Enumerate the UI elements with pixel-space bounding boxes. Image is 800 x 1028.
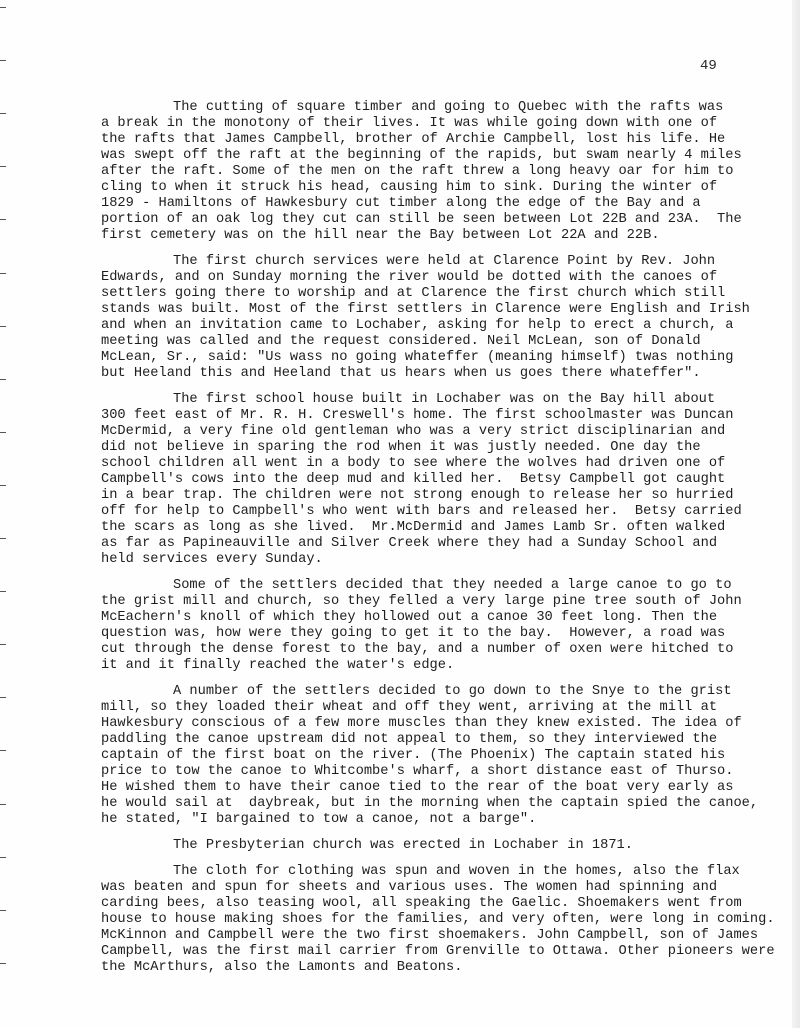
text-line: Some of the settlers decided that they n… <box>101 578 761 594</box>
page-number: 49 <box>700 58 717 74</box>
text-line: cling to when it struck his head, causin… <box>101 180 761 196</box>
text-line: McDermid, a very fine old gentleman who … <box>101 424 761 440</box>
text-line: he would sail at daybreak, but in the mo… <box>101 796 761 812</box>
text-line: first cemetery was on the hill near the … <box>101 228 761 244</box>
text-line: question was, how were they going to get… <box>101 626 761 642</box>
text-line: He wished them to have their canoe tied … <box>101 780 761 796</box>
margin-tick-mark <box>0 273 6 274</box>
margin-tick-mark <box>0 7 6 8</box>
text-line: 300 feet east of Mr. R. H. Creswell's ho… <box>101 408 761 424</box>
text-line: settlers going there to worship and at C… <box>101 286 761 302</box>
text-line: but Heeland this and Heeland that us hea… <box>101 366 761 382</box>
margin-tick-mark <box>0 485 6 486</box>
text-line: The cloth for clothing was spun and wove… <box>101 864 761 880</box>
text-line: house to house making shoes for the fami… <box>101 912 761 928</box>
text-line: captain of the first boat on the river. … <box>101 748 761 764</box>
paragraph: The cutting of square timber and going t… <box>101 100 761 244</box>
text-line: the rafts that James Campbell, brother o… <box>101 132 761 148</box>
text-line: price to tow the canoe to Whitcombe's wh… <box>101 764 761 780</box>
paragraph: Some of the settlers decided that they n… <box>101 578 761 674</box>
margin-tick-mark <box>0 60 6 61</box>
margin-tick-mark <box>0 166 6 167</box>
text-line: in a bear trap. The children were not st… <box>101 488 761 504</box>
text-line: was swept off the raft at the beginning … <box>101 148 761 164</box>
margin-tick-mark <box>0 644 6 645</box>
text-line: he stated, "I bargained to tow a canoe, … <box>101 812 761 828</box>
paragraph: The cloth for clothing was spun and wove… <box>101 864 761 976</box>
margin-tick-mark <box>0 963 6 964</box>
text-line: McKinnon and Campbell were the two first… <box>101 928 761 944</box>
scan-edge-shadow <box>792 0 800 1028</box>
text-line: The first church services were held at C… <box>101 254 761 270</box>
text-line: as far as Papineauville and Silver Creek… <box>101 536 761 552</box>
margin-tick-mark <box>0 857 6 858</box>
text-line: did not believe in sparing the rod when … <box>101 440 761 456</box>
text-line: held services every Sunday. <box>101 552 761 568</box>
text-line: meeting was called and the request consi… <box>101 334 761 350</box>
margin-tick-mark <box>0 697 6 698</box>
text-line: mill, so they loaded their wheat and off… <box>101 700 761 716</box>
paragraph: The Presbyterian church was erected in L… <box>101 838 761 854</box>
text-line: school children all went in a body to se… <box>101 456 761 472</box>
text-line: off for help to Campbell's who went with… <box>101 504 761 520</box>
text-line: it and it finally reached the water's ed… <box>101 658 761 674</box>
margin-tick-mark <box>0 750 6 751</box>
text-line: the McArthurs, also the Lamonts and Beat… <box>101 960 761 976</box>
text-line: portion of an oak log they cut can still… <box>101 212 761 228</box>
text-line: Campbell, was the first mail carrier fro… <box>101 944 761 960</box>
margin-tick-mark <box>0 910 6 911</box>
text-line: Campbell's cows into the deep mud and ki… <box>101 472 761 488</box>
text-line: McEachern's knoll of which they hollowed… <box>101 610 761 626</box>
text-line: was beaten and spun for sheets and vario… <box>101 880 761 896</box>
paragraph: The first church services were held at C… <box>101 254 761 382</box>
text-line: the scars as long as she lived. Mr.McDer… <box>101 520 761 536</box>
margin-tick-mark <box>0 538 6 539</box>
margin-tick-mark <box>0 379 6 380</box>
margin-tick-mark <box>0 804 6 805</box>
text-line: McLean, Sr., said: "Us wass no going wha… <box>101 350 761 366</box>
paragraph: A number of the settlers decided to go d… <box>101 684 761 828</box>
text-line: the grist mill and church, so they felle… <box>101 594 761 610</box>
margin-tick-mark <box>0 432 6 433</box>
text-line: The first school house built in Lochaber… <box>101 392 761 408</box>
margin-tick-mark <box>0 591 6 592</box>
margin-tick-mark <box>0 113 6 114</box>
paragraph: The first school house built in Lochaber… <box>101 392 761 568</box>
text-line: 1829 - Hamiltons of Hawkesbury cut timbe… <box>101 196 761 212</box>
text-line: a break in the monotony of their lives. … <box>101 116 761 132</box>
margin-tick-mark <box>0 219 6 220</box>
margin-tick-mark <box>0 326 6 327</box>
text-line: cut through the dense forest to the bay,… <box>101 642 761 658</box>
document-page: 49 The cutting of square timber and goin… <box>0 0 800 1028</box>
text-line: The Presbyterian church was erected in L… <box>101 838 761 854</box>
text-line: stands was built. Most of the first sett… <box>101 302 761 318</box>
text-line: after the raft. Some of the men on the r… <box>101 164 761 180</box>
text-line: and when an invitation came to Lochaber,… <box>101 318 761 334</box>
text-line: Edwards, and on Sunday morning the river… <box>101 270 761 286</box>
text-line: paddling the canoe upstream did not appe… <box>101 732 761 748</box>
text-line: Hawkesbury conscious of a few more muscl… <box>101 716 761 732</box>
text-line: The cutting of square timber and going t… <box>101 100 761 116</box>
text-line: A number of the settlers decided to go d… <box>101 684 761 700</box>
text-line: carding bees, also teasing wool, all spe… <box>101 896 761 912</box>
body-text: The cutting of square timber and going t… <box>101 100 761 986</box>
